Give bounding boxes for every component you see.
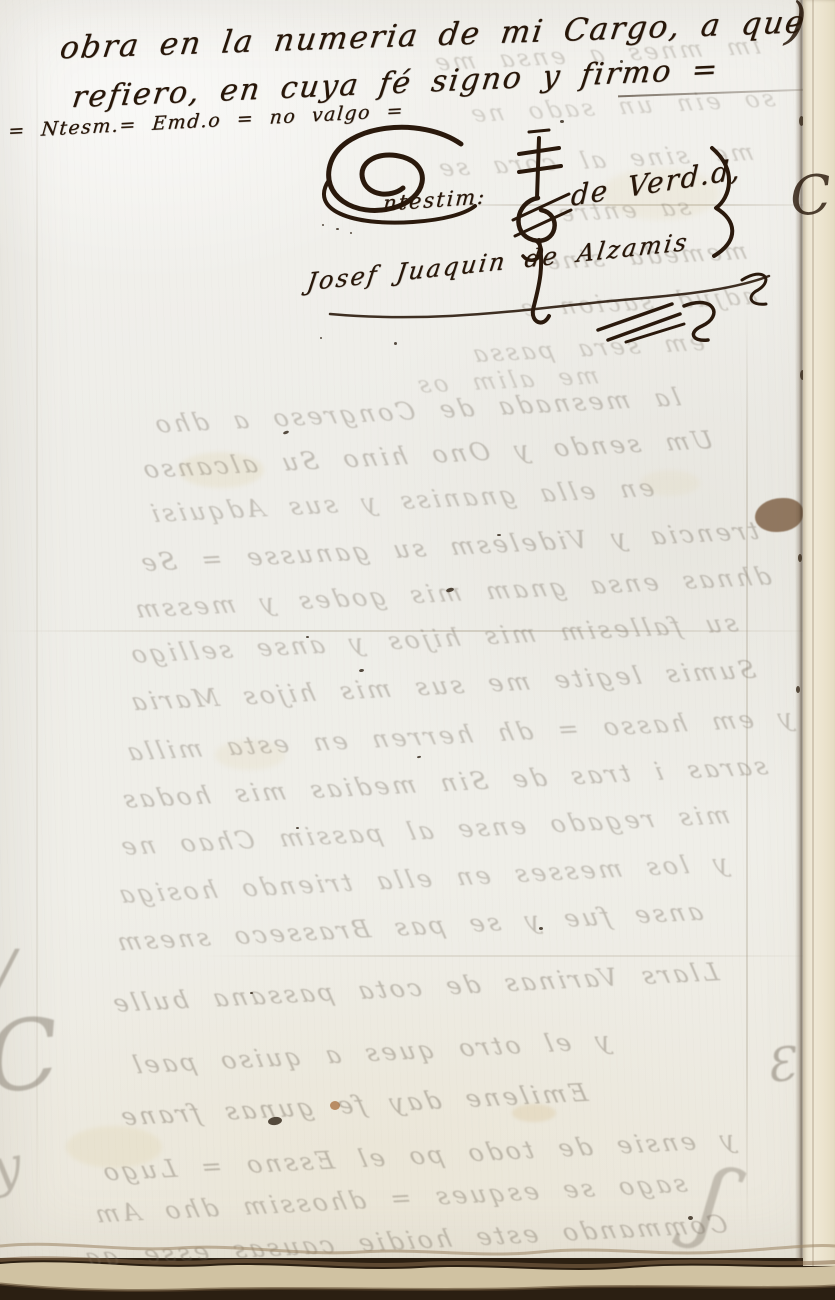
ink-speck	[688, 1216, 693, 1220]
horizontal-crease	[200, 955, 835, 957]
deckle-edge	[0, 1224, 835, 1300]
edge-flourish-mark: C	[788, 163, 834, 229]
ink-speck	[394, 342, 397, 345]
closing-brace-flourish	[690, 142, 746, 264]
paraph-flourish	[293, 122, 483, 242]
signature-rubric	[580, 288, 728, 348]
ink-speck	[560, 120, 564, 123]
ink-speck	[250, 992, 253, 994]
edge-flourish-mark: C	[0, 996, 65, 1115]
ink-speck	[296, 827, 299, 829]
ink-speck	[306, 636, 309, 638]
ink-speck	[539, 927, 543, 930]
ink-speck	[320, 337, 322, 339]
edge-flourish-mark: /	[0, 936, 15, 1009]
scanned-manuscript-screenshot: { "document": { "kind": "aged handwritte…	[0, 0, 835, 1300]
ink-speck	[497, 534, 501, 536]
